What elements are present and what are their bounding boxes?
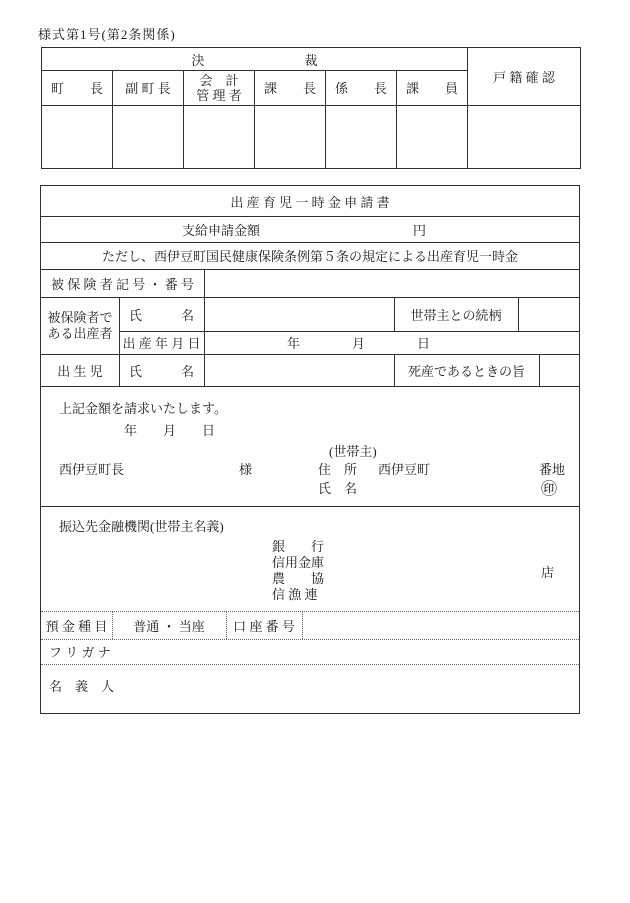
furigana-field (151, 639, 579, 664)
insured-number-field (204, 269, 579, 297)
mayor-label: 西伊豆町長 (59, 459, 124, 478)
approval-col-subsection-chief: 係 長 (326, 71, 397, 106)
birth-date-label: 出 産 年 月 日 (119, 331, 204, 354)
account-holder-field (151, 664, 579, 713)
approval-header-cell: 決 裁 (42, 48, 468, 71)
stillbirth-field (539, 354, 579, 386)
mother-label-line2: ある出産者 (47, 326, 112, 342)
address-label: 住 所 (318, 459, 357, 478)
approval-col-staff: 課 員 (397, 71, 468, 106)
col-label: 課 長 (264, 81, 316, 96)
relationship-label: 世帯主との続柄 (394, 297, 518, 331)
amount-unit-label: 円 (413, 216, 426, 242)
document-page: 様式第1号(第2条関係) 決 裁 戸 籍 確 認 町 長 副 町 長 会 計 (0, 0, 630, 903)
address-value: 西伊豆町 (378, 459, 430, 478)
account-holder-label: 名 義 人 (49, 676, 114, 695)
family-register-confirm-label: 戸 籍 確 認 (493, 70, 555, 85)
col-label: 課 員 (406, 81, 458, 96)
family-register-confirm-header: 戸 籍 確 認 (468, 48, 581, 106)
stillbirth-label: 死産であるときの旨 (394, 354, 539, 386)
bank-type-shinkin: 信用金庫 (272, 555, 324, 571)
name-label-first: 氏 (129, 305, 142, 324)
stamp-cell-staff (397, 106, 468, 169)
col-label: 係 長 (335, 81, 387, 96)
householder-note: (世帯主) (329, 441, 377, 460)
approval-col-section-chief: 課 長 (255, 71, 326, 106)
approval-col-deputy-mayor: 副 町 長 (113, 71, 184, 106)
approval-col-accounting-manager: 会 計 管 理 者 (184, 71, 255, 106)
col-label-line1: 会 計 (199, 73, 238, 88)
newborn-name-label: 氏 名 (119, 354, 204, 386)
col-label: 町 長 (51, 81, 103, 96)
relationship-field (518, 297, 579, 331)
insured-number-label: 被 保 険 者 記 号 ・ 番 号 (41, 269, 204, 297)
request-date-line: 年 月 日 (124, 420, 215, 439)
birth-date-field: 年 月 日 (287, 331, 430, 354)
approval-header-left: 決 (191, 50, 204, 69)
mother-label-line1: 被保険者で (47, 310, 112, 326)
name-label-last: 名 (181, 361, 194, 380)
bank-type-shingyoren: 信 漁 連 (272, 587, 324, 603)
col-label: 副 町 長 (125, 81, 171, 96)
approval-col-mayor: 町 長 (42, 71, 113, 106)
account-type-options: 普通 ・ 当座 (112, 611, 226, 639)
account-type-label: 預 金 種 目 (41, 611, 112, 639)
approval-table: 決 裁 戸 籍 確 認 町 長 副 町 長 会 計 管 理 者 課 長 係 長 … (41, 47, 581, 169)
account-number-field (302, 611, 579, 639)
col-label-line2: 管 理 者 (196, 88, 242, 103)
bank-section-label: 振込先金融機関(世帯主名義) (59, 516, 224, 535)
application-form-table: 出 産 育 児 一 時 金 申 請 書 支給申請金額 円 ただし、西伊豆町国民健… (40, 185, 580, 714)
stamp-cell-mayor (42, 106, 113, 169)
stamp-cell-family-register (468, 106, 581, 169)
householder-name-label: 氏 名 (318, 478, 357, 497)
request-section: 上記金額を請求いたします。 年 月 日 (世帯主) 西伊豆町長 様 住 所 西伊… (41, 386, 579, 506)
form-number-label: 様式第1号(第2条関係) (38, 24, 176, 43)
stamp-cell-accounting-manager (184, 106, 255, 169)
mother-name-field (204, 297, 394, 331)
bank-type-list: 銀 行 信用金庫 農 協 信 漁 連 (272, 539, 324, 603)
bank-type-noukyou: 農 協 (272, 571, 324, 587)
stamp-cell-deputy-mayor (113, 106, 184, 169)
amount-label: 支給申請金額 (182, 216, 260, 242)
stamp-cell-subsection-chief (326, 106, 397, 169)
proviso-text: ただし、西伊豆町国民健康保険条例第５条の規定による出産育児一時金 (41, 242, 579, 269)
seal-mark: ㊞ (541, 476, 557, 499)
mother-section-label: 被保険者で ある出産者 (41, 297, 119, 354)
honorific-label: 様 (239, 459, 252, 478)
bank-type-bank: 銀 行 (272, 539, 324, 555)
newborn-section-label: 出 生 児 (41, 354, 119, 386)
request-statement: 上記金額を請求いたします。 (59, 398, 227, 417)
approval-header-right: 裁 (305, 50, 318, 69)
branch-label: 店 (541, 562, 554, 581)
newborn-name-field (204, 354, 394, 386)
bank-section: 振込先金融機関(世帯主名義) 銀 行 信用金庫 農 協 信 漁 連 店 (41, 506, 579, 611)
furigana-label: フ リ ガ ナ (49, 639, 111, 664)
name-label-last: 名 (181, 305, 194, 324)
mother-name-label: 氏 名 (119, 297, 204, 331)
name-label-first: 氏 (129, 361, 142, 380)
stamp-cell-section-chief (255, 106, 326, 169)
account-number-label: 口 座 番 号 (226, 611, 302, 639)
form-title: 出 産 育 児 一 時 金 申 請 書 (41, 186, 579, 216)
amount-field (266, 216, 406, 242)
